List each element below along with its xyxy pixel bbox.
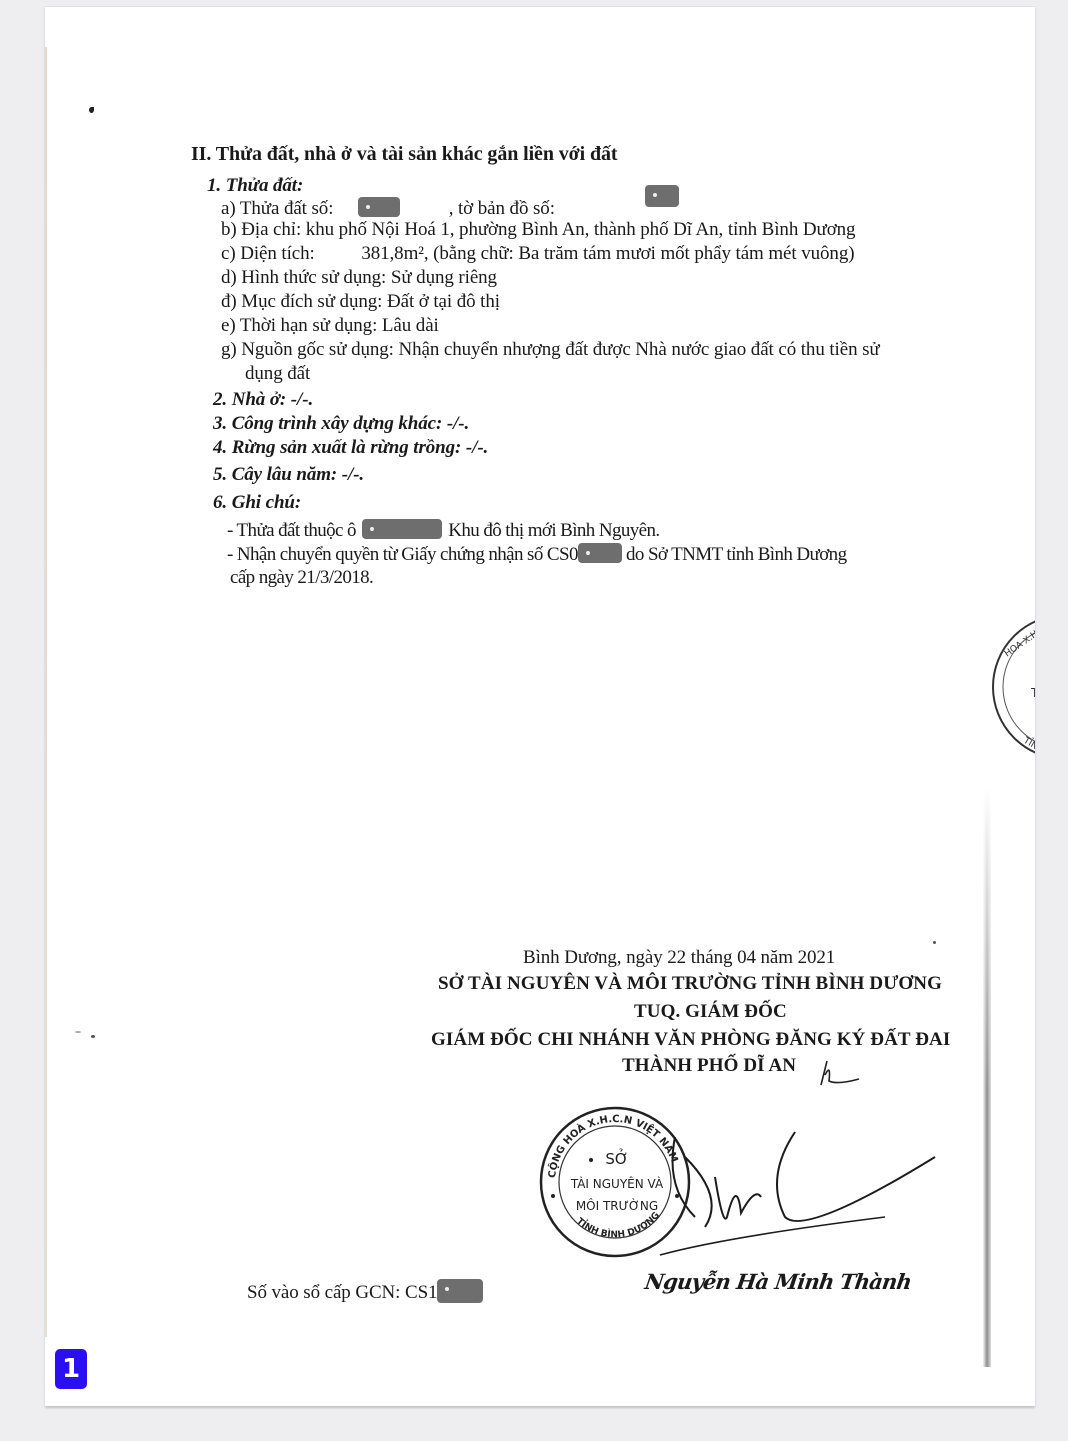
production-forest-item: 4. Rừng sản xuất là rừng trồng: -/-. <box>213 437 488 459</box>
initial-mark <box>815 1057 865 1087</box>
land-parcel-number: a) Thửa đất số: , tờ bản đồ số: <box>221 197 555 220</box>
tuq-director: TUQ. GIÁM ĐỐC <box>634 1001 787 1023</box>
svg-text:TỈNH BÌN: TỈNH BÌN <box>1021 734 1035 762</box>
redacted-certificate-number <box>578 543 622 563</box>
redacted-map-sheet-number <box>645 185 679 207</box>
land-address: b) Địa chỉ: khu phố Nội Hoá 1, phường Bì… <box>221 219 855 241</box>
page-number-badge[interactable]: 1 <box>55 1349 87 1389</box>
scan-shadow-fade <box>983 787 991 1087</box>
signer-name: Nguyễn Hà Minh Thành <box>643 1269 913 1294</box>
signer-title-line2: THÀNH PHỐ DĨ AN <box>622 1055 796 1077</box>
registry-number-label: Số vào sổ cấp GCN: CS1 <box>247 1282 437 1303</box>
notes-line-2-suffix: do Sở TNMT tỉnh Bình Dương <box>626 544 846 565</box>
land-usage-term: e) Thời hạn sử dụng: Lâu dài <box>221 315 439 337</box>
scan-speck <box>91 1035 95 1038</box>
document-page: II. Thửa đất, nhà ở và tài sản khác gắn … <box>45 6 1035 1406</box>
land-usage-form: d) Hình thức sử dụng: Sử dụng riêng <box>221 267 497 289</box>
parcel-number-label: a) Thửa đất số: <box>221 198 333 219</box>
notes-line-1-suffix: Khu đô thị mới Bình Nguyên. <box>448 520 659 541</box>
notes-line-2-prefix: - Nhận chuyển quyền từ Giấy chứng nhận s… <box>227 544 578 565</box>
scan-speck <box>75 1031 81 1033</box>
svg-text:TÀI NGU: TÀI NGU <box>1030 685 1035 700</box>
redacted-lot-code <box>362 519 442 539</box>
land-origin-line1: g) Nguồn gốc sử dụng: Nhận chuyển nhượng… <box>221 339 880 361</box>
registry-number: Số vào sổ cấp GCN: CS1 <box>247 1279 483 1304</box>
redacted-parcel-number <box>358 197 400 217</box>
land-origin-line2: dụng đất <box>245 363 310 385</box>
notes-line-3: cấp ngày 21/3/2018. <box>230 567 373 589</box>
notes-line-1-prefix: - Thửa đất thuộc ô <box>227 520 356 541</box>
house-item: 2. Nhà ở: -/-. <box>213 389 313 411</box>
land-area: c) Diện tích: 381,8m², (bằng chữ: Ba tră… <box>221 243 854 265</box>
notes-line-1: - Thửa đất thuộc ô Khu đô thị mới Bình N… <box>227 519 660 542</box>
other-construction-item: 3. Công trình xây dựng khác: -/-. <box>213 413 469 435</box>
area-value: 381,8m², (bằng chữ: Ba trăm tám mươi mốt… <box>361 243 854 264</box>
issuing-agency: SỞ TÀI NGUYÊN VÀ MÔI TRƯỜNG TỈNH BÌNH DƯ… <box>438 973 942 995</box>
perennial-trees-item: 5. Cây lâu năm: -/-. <box>213 464 364 486</box>
land-heading: 1. Thửa đất: <box>207 175 303 197</box>
scan-speck <box>933 941 936 944</box>
signing-date: Bình Dương, ngày 22 tháng 04 năm 2021 <box>523 947 835 969</box>
area-label: c) Diện tích: <box>221 243 315 264</box>
svg-text:SỞ: SỞ <box>605 1148 628 1168</box>
signer-title-line1: GIÁM ĐỐC CHI NHÁNH VĂN PHÒNG ĐĂNG KÝ ĐẤT… <box>431 1029 950 1051</box>
handwritten-signature <box>645 1117 945 1267</box>
land-usage-purpose: đ) Mục đích sử dụng: Đất ở tại đô thị <box>221 291 500 313</box>
map-sheet-label: , tờ bản đồ số: <box>449 198 555 219</box>
notes-heading: 6. Ghi chú: <box>213 492 301 514</box>
section-title: II. Thửa đất, nhà ở và tài sản khác gắn … <box>191 143 617 165</box>
partial-seal-stamp: HOA X.H SỞ TÀI NGU MÔI T TỈNH BÌN <box>965 612 1035 762</box>
redacted-registry-number <box>437 1279 483 1303</box>
document-content: II. Thửa đất, nhà ở và tài sản khác gắn … <box>45 7 1035 1406</box>
notes-line-2: - Nhận chuyển quyền từ Giấy chứng nhận s… <box>227 543 846 566</box>
